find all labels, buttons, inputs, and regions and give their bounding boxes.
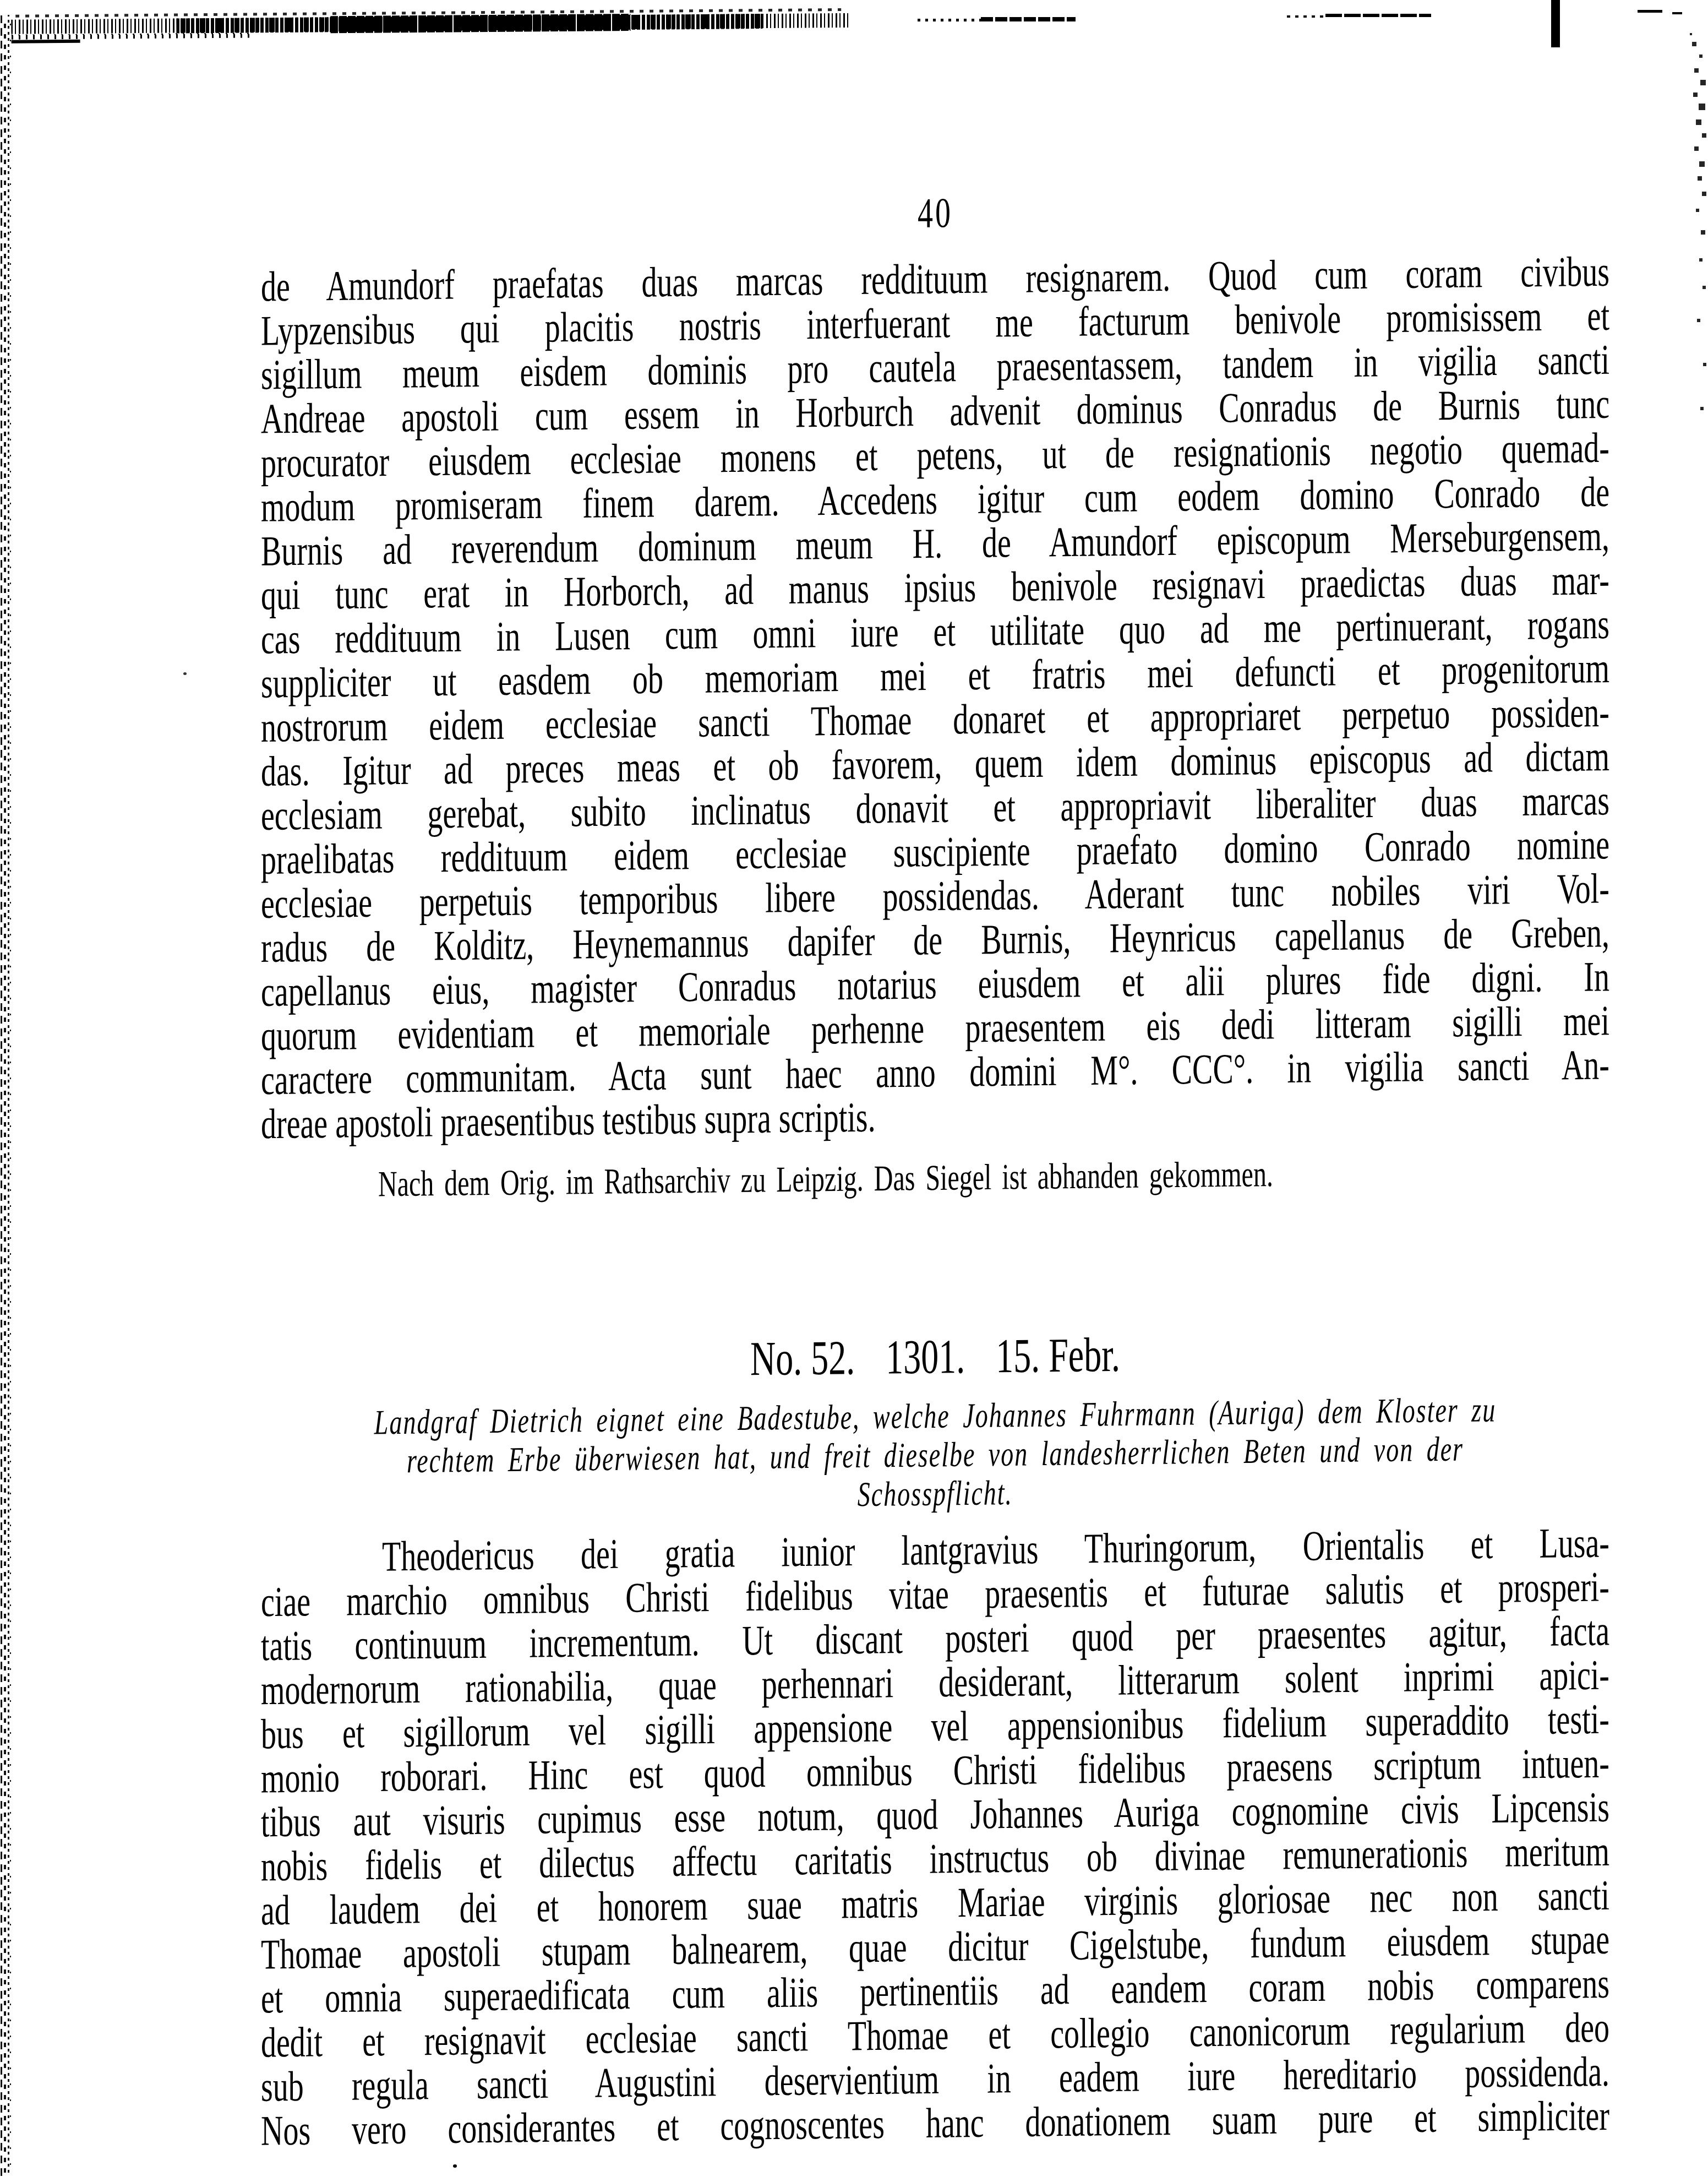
scan-artifact-top-band xyxy=(0,0,881,61)
entry-heading: No. 52. 1301. 15. Febr. xyxy=(261,1321,1609,1393)
heading-date: 15. Febr. xyxy=(996,1327,1120,1385)
page-number: 40 xyxy=(261,182,1609,246)
scan-artifact-dash xyxy=(1672,12,1682,14)
heading-number: No. 52. xyxy=(750,1330,855,1387)
scan-artifact-dash xyxy=(1287,15,1325,18)
scan-artifact-left-edge xyxy=(0,12,11,2176)
scan-artifact-corner-bar xyxy=(1551,0,1560,47)
scanned-page: 40 de Amundorf praefatas duas marcas red… xyxy=(0,0,1708,2182)
scan-artifact-dash xyxy=(1325,14,1431,17)
charter-52-body: Theodericus dei gratia iunior lantgraviu… xyxy=(261,1521,1609,2153)
scan-artifact-stripe xyxy=(330,14,630,33)
source-note: Nach dem Orig. im Rathsarchiv zu Leipzig… xyxy=(378,1153,1273,1205)
charter-51-body: de Amundorf praefatas duas marcas reddit… xyxy=(261,250,1609,1147)
scan-speck xyxy=(183,672,187,675)
heading-year: 1301. xyxy=(886,1329,965,1386)
scan-artifact-stripe xyxy=(12,40,80,43)
scan-artifact-dash xyxy=(918,19,981,21)
scan-speck xyxy=(453,2164,457,2168)
page-content: 40 de Amundorf praefatas duas marcas red… xyxy=(261,175,1609,2165)
entry-summary: Landgraf Dietrich eignet eine Badestube,… xyxy=(261,1389,1609,1520)
scan-artifact-dash xyxy=(981,17,1076,21)
scan-artifact-dash xyxy=(1638,10,1662,13)
scan-artifact-specks xyxy=(1690,33,1692,35)
